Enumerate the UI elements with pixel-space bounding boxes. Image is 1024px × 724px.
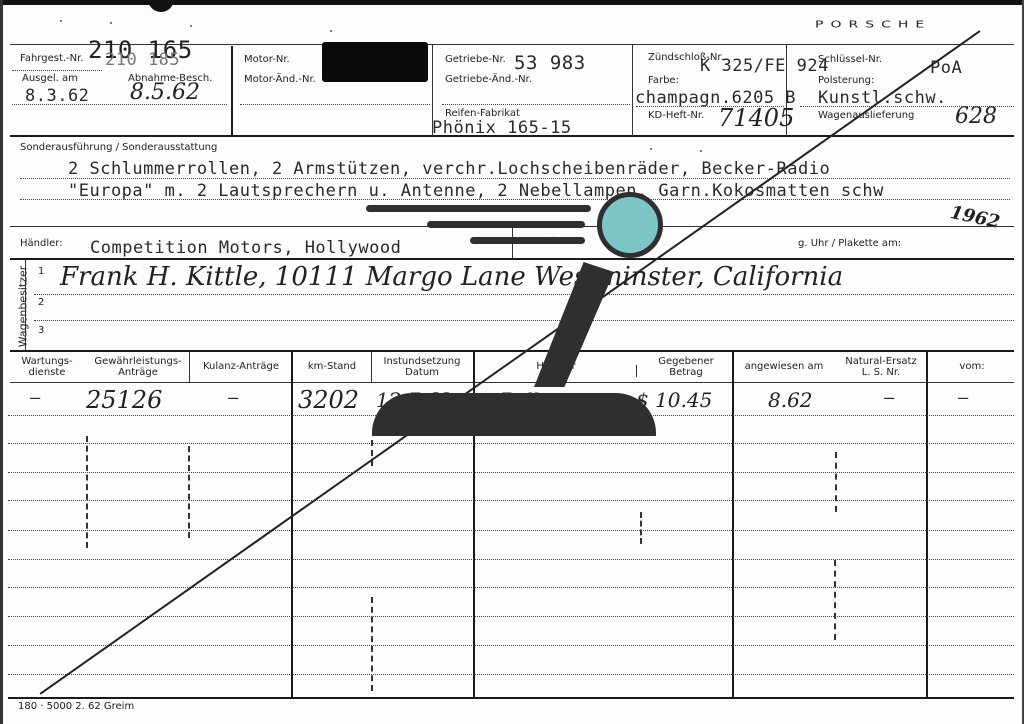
owners-label: Wagenbesitzer [16, 266, 29, 348]
row-rule-2 [8, 443, 1014, 444]
clock-label: g. Uhr / Plakette am: [798, 238, 901, 249]
header-divider-3 [632, 44, 633, 136]
tires-value: Phönix 165-15 [432, 118, 572, 138]
overlay-speed-line-1 [366, 205, 591, 212]
row-rule-4 [8, 500, 1014, 501]
engine-change-label: Motor-Änd.-Nr. [244, 74, 316, 85]
options-underline-2 [20, 199, 1010, 200]
col-line-7 [732, 352, 734, 698]
overlay-speed-line-3 [470, 237, 585, 244]
owner-underline-2 [34, 320, 1014, 321]
row-rule-10 [8, 674, 1014, 675]
delivered-value: 8.3.62 [25, 86, 89, 106]
dealer-bottom-rule [10, 258, 1014, 260]
col-header-warranty: Gewährleistungs- Anträge [86, 356, 190, 378]
gearbox-value: 53 983 [514, 52, 586, 74]
row-rule-9 [8, 645, 1014, 646]
cell-km: 3202 [298, 386, 359, 414]
owner-row-num-2: 2 [38, 297, 44, 308]
speck [110, 22, 112, 24]
col-dash-5 [640, 512, 642, 544]
chassis-underline [12, 70, 102, 71]
speck [700, 150, 702, 152]
col-header-from: vom: [930, 361, 1014, 372]
engine-label: Motor-Nr. [244, 54, 290, 65]
table-header-rule [10, 382, 1014, 383]
col-header-goodwill: Kulanz-Anträge [192, 361, 290, 372]
col-dash-1 [86, 436, 88, 548]
acceptance-value: 8.5.62 [130, 80, 200, 105]
col-line-2 [189, 352, 190, 382]
owner-row-num-3: 3 [38, 325, 44, 336]
row-rule-7 [8, 587, 1014, 588]
left-edge [0, 0, 3, 724]
cell-service: — [30, 388, 41, 408]
gearbox-underline [442, 104, 630, 105]
owner-row-num-1: 1 [38, 266, 44, 277]
engine-number-redaction [322, 42, 428, 82]
delivered-label: Ausgel. am [22, 73, 78, 84]
gearbox-label: Getriebe-Nr. [445, 54, 506, 65]
col-header-paid-on: angewiesen am [734, 361, 834, 372]
ignition-value: K 325/FE 924 [700, 56, 829, 76]
chassis-label: Fahrgest.-Nr. [20, 53, 84, 64]
options-label: Sonderausführung / Sonderausstattung [20, 142, 217, 153]
col-line-4 [371, 352, 372, 382]
dealer-label: Händler: [20, 238, 63, 249]
col-line-6 [636, 365, 637, 377]
col-line-3 [291, 352, 293, 698]
col-dash-6 [835, 452, 837, 512]
speck [190, 25, 192, 27]
punch-notch [148, 0, 174, 12]
row-rule-3 [8, 472, 1014, 473]
owners-divider [25, 260, 26, 350]
owners-bottom-rule [10, 350, 1014, 352]
col-header-repair-date: Instundsetzung Datum [372, 356, 472, 378]
options-line-1: 2 Schlummerrollen, 2 Armstützen, verchr.… [68, 159, 830, 179]
key-label: Schlüssel-Nr. [818, 54, 882, 65]
upholstery-label: Polsterung: [818, 75, 874, 86]
color-label: Farbe: [648, 75, 679, 86]
col-dash-7 [834, 560, 836, 640]
kd-booklet-value: 71405 [718, 104, 794, 132]
cell-warranty: 25126 [86, 386, 162, 414]
speck [60, 20, 62, 22]
dealer-value: Competition Motors, Hollywood [90, 238, 401, 258]
header-divider-1 [231, 46, 233, 136]
table-bottom-rule [8, 697, 1014, 699]
col-dash-2 [188, 446, 190, 538]
col-header-km: km-Stand [294, 361, 370, 372]
col-line-9 [926, 352, 928, 698]
engine-underline [240, 104, 430, 105]
kd-booklet-label: KD-Heft-Nr. [648, 110, 704, 121]
delivery-value: 628 [955, 104, 997, 129]
cell-replacement: — [884, 388, 895, 408]
overlay-speed-line-2 [427, 221, 585, 228]
print-code: 180 · 5000 2. 62 Greim [18, 701, 134, 712]
row-rule-8 [8, 616, 1014, 617]
porsche-logo: PORSCHE [815, 19, 931, 30]
options-underline-1 [20, 178, 1010, 179]
year-stamp: 1962 [948, 202, 1001, 233]
delivered-underline [12, 104, 227, 105]
row-rule-5 [8, 530, 1014, 531]
owner-row-value-1: Frank H. Kittle, 10111 Margo Lane Westmi… [60, 262, 843, 292]
speck [650, 148, 652, 150]
cell-from: — [958, 388, 969, 408]
col-header-service: Wartungs- dienste [18, 356, 76, 378]
chassis-typed-value: 210 185 [105, 50, 180, 70]
col-dash-4 [371, 597, 373, 691]
porsche-kardex-card: PORSCHE Fahrgest.-Nr. 210 165 210 185 Au… [0, 0, 1024, 724]
cell-paid-on: 8.62 [768, 388, 813, 412]
col-header-amount: Gegebener Betrag [640, 356, 732, 378]
row-rule-6 [8, 559, 1014, 560]
gearbox-change-label: Getriebe-Änd.-Nr. [445, 74, 532, 85]
col-header-replacement: Natural-Ersatz L. S. Nr. [834, 356, 928, 378]
cell-goodwill: — [228, 388, 239, 408]
overlay-lens-icon [597, 192, 663, 258]
speck [330, 30, 332, 32]
overlay-base [372, 393, 656, 436]
owner-underline-1 [34, 294, 1014, 295]
